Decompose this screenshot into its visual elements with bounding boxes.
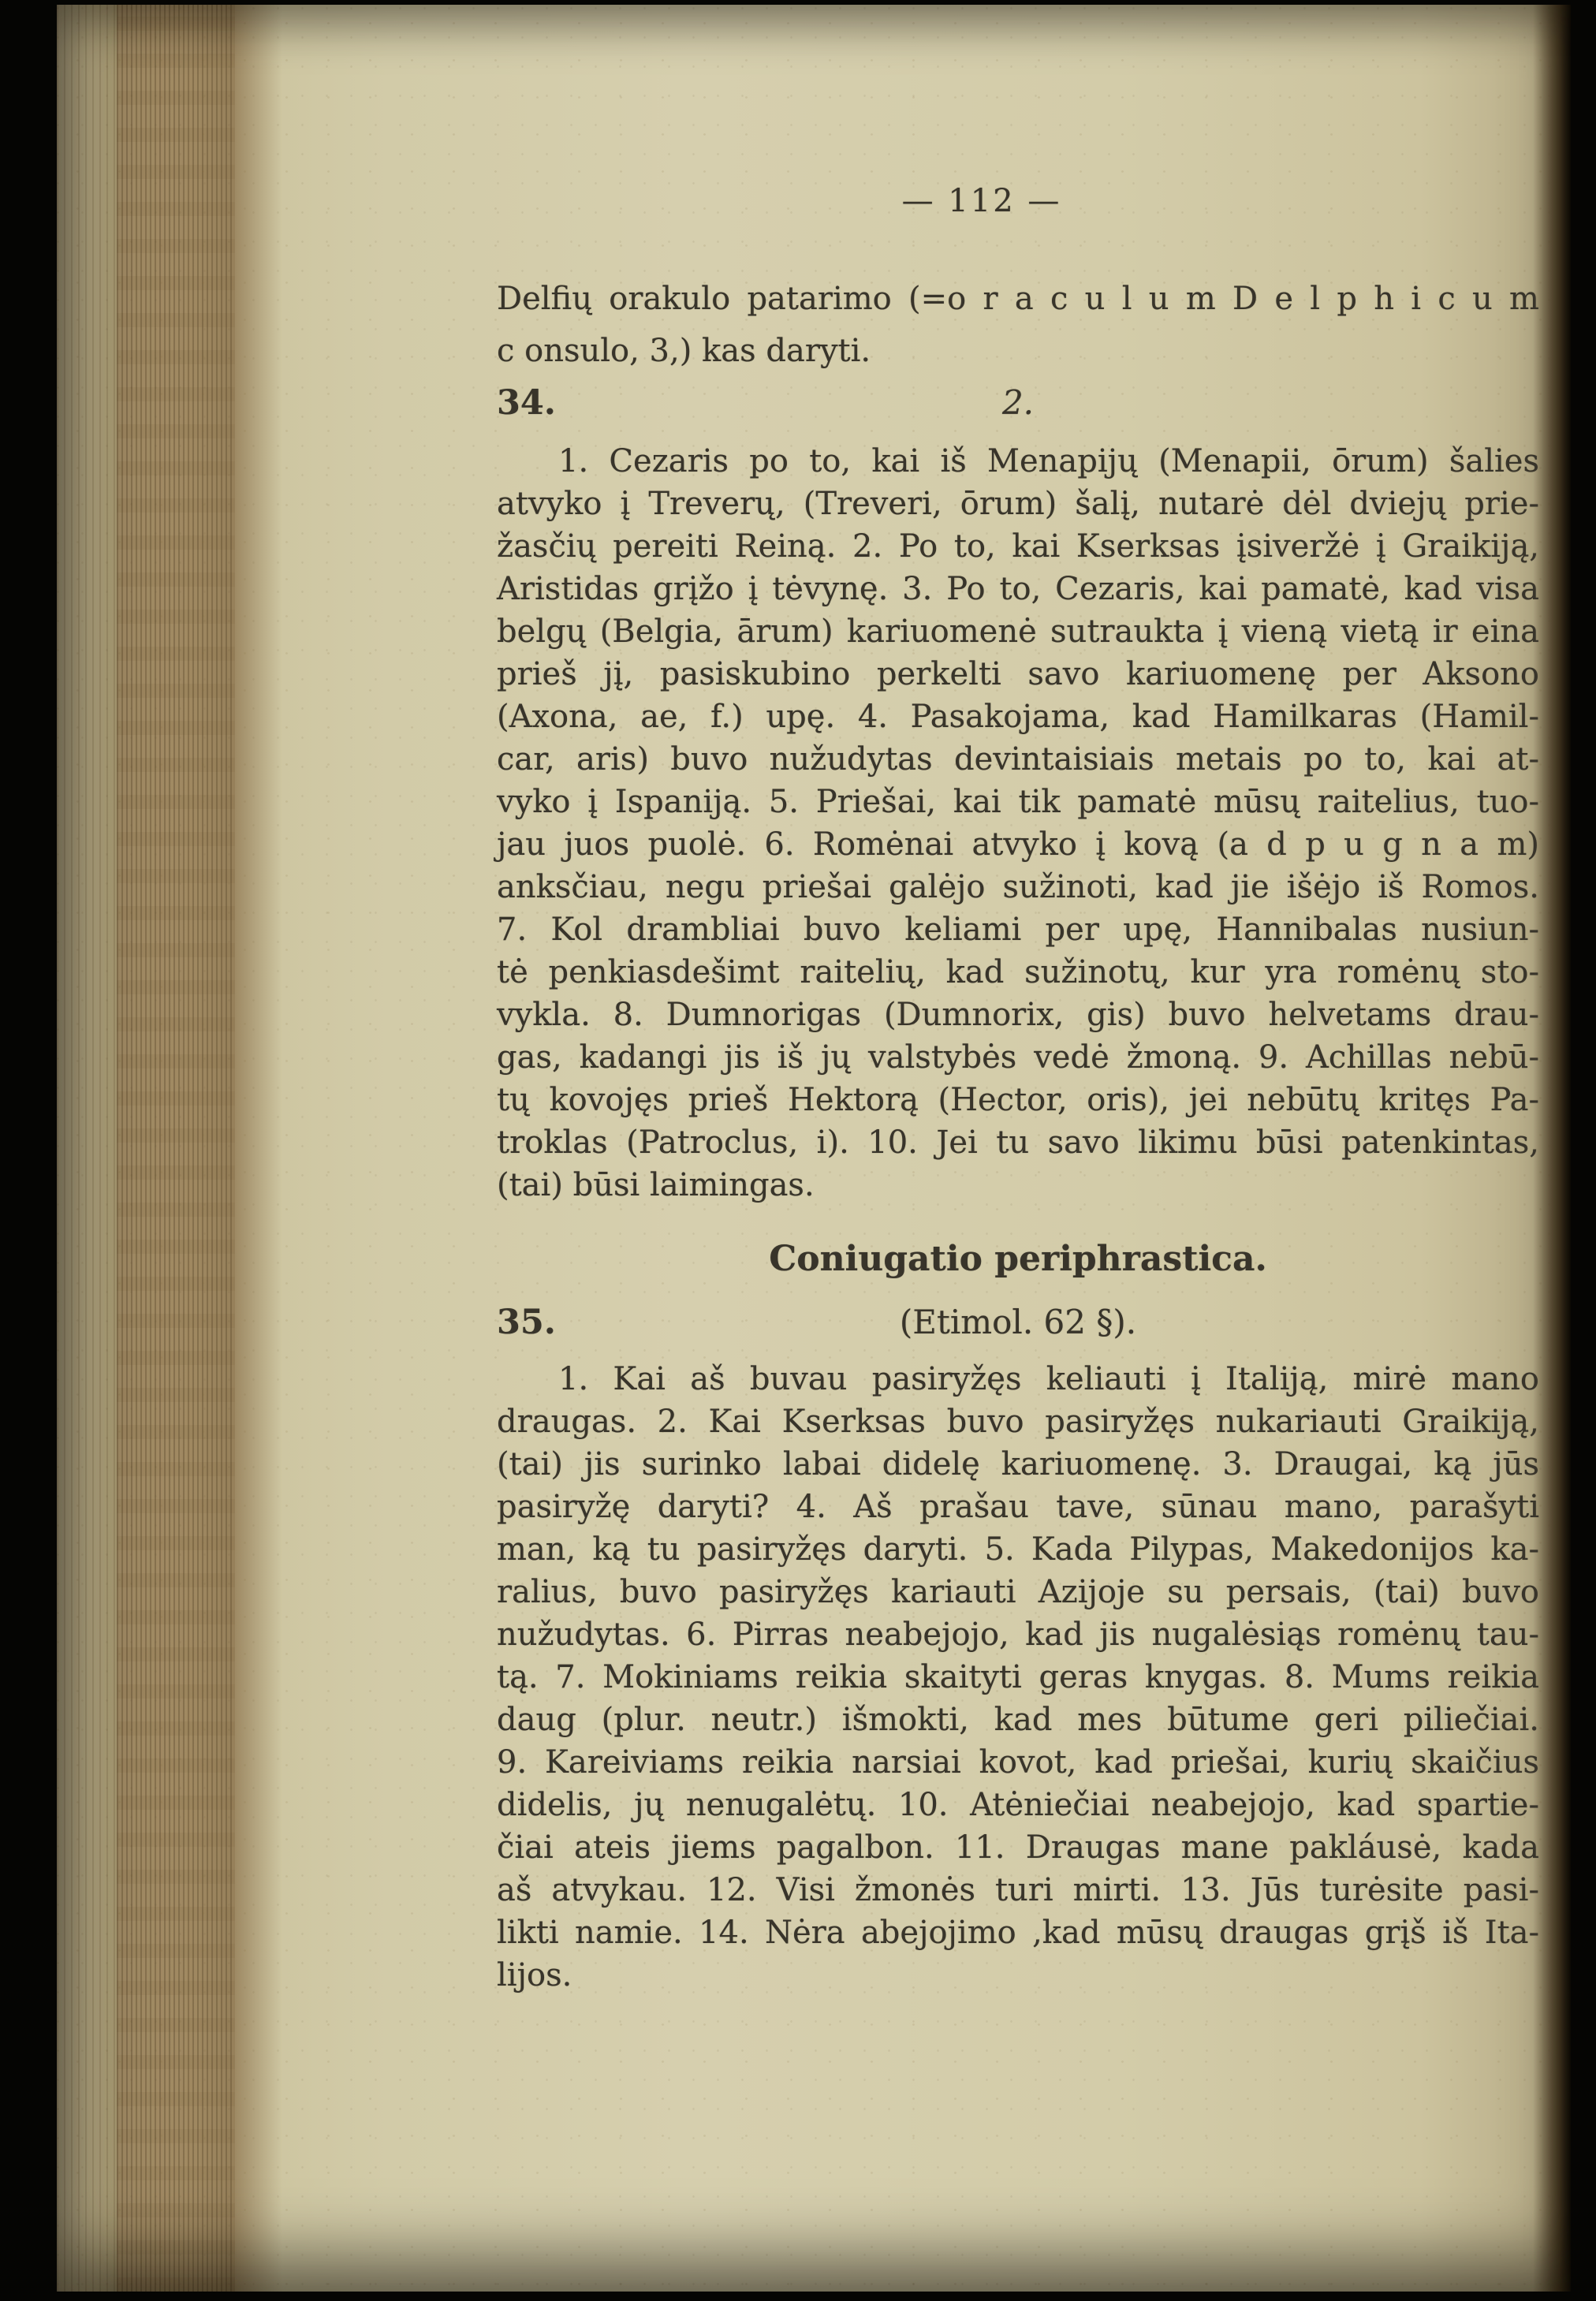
section-35-subtitle: (Etimol. 62 §). — [497, 1301, 1539, 1344]
text-line: Delfių orakulo patarimo (=o r a c u l u … — [497, 273, 1539, 325]
text-line: gas, kadangi jis iš jų valstybės vedė žm… — [497, 1036, 1539, 1079]
page-edge-light — [57, 5, 117, 2292]
text-line: aš atvykau. 12. Visi žmonės turi mirti. … — [497, 1869, 1539, 1911]
paragraph-34: 1. Cezaris po to, kai iš Menapijų (Menap… — [497, 440, 1539, 1206]
section-34-number: 34. — [497, 382, 556, 424]
text-line: (tai) būsi laimingas. — [497, 1164, 1539, 1206]
text-line: prieš jį, pasiskubino perkelti savo kari… — [497, 653, 1539, 696]
text-line: tų kovojęs prieš Hektorą (Hector, oris),… — [497, 1079, 1539, 1121]
text-line: vyko į Ispaniją. 5. Priešai, kai tik pam… — [497, 781, 1539, 823]
text-line: ralius, buvo pasiryžęs kariauti Azijoje … — [497, 1571, 1539, 1613]
text-line: jau juos puolė. 6. Romėnai atvyko į kovą… — [497, 823, 1539, 866]
text-line: tą. 7. Mokiniams reikia skaityti geras k… — [497, 1656, 1539, 1699]
text-line: lijos. — [497, 1954, 1539, 1997]
text-line: 9. Kareiviams reikia narsiai kovot, kad … — [497, 1741, 1539, 1784]
text-line: nužudytas. 6. Pirras neabejojo, kad jis … — [497, 1613, 1539, 1656]
text-line: c onsulo, 3,) kas daryti. — [497, 325, 1539, 377]
text-line: didelis, jų nenugalėtų. 10. Atėniečiai n… — [497, 1784, 1539, 1826]
text-line: daug (plur. neutr.) išmokti, kad mes būt… — [497, 1699, 1539, 1741]
text-line: 1. Cezaris po to, kai iš Menapijų (Menap… — [497, 440, 1539, 483]
section-34-subtitle: 2. — [497, 382, 1539, 424]
section-35-row: 35. (Etimol. 62 §). — [497, 1301, 1539, 1345]
text-line: likti namie. 14. Nėra abejojimo ,kad mūs… — [497, 1911, 1539, 1954]
text-line: belgų (Belgia, ārum) kariuomenė sutraukt… — [497, 610, 1539, 653]
text-line: Aristidas grįžo į tėvynę. 3. Po to, Ceza… — [497, 568, 1539, 610]
page-edge-stack — [117, 5, 235, 2292]
page-edge-blend — [235, 5, 282, 2292]
text-line: (Axona, ae, f.) upę. 4. Pasakojama, kad … — [497, 696, 1539, 738]
text-line: (tai) jis surinko labai didelę kariuomen… — [497, 1443, 1539, 1486]
text-line: tė penkiasdešimt raitelių, kad sužinotų,… — [497, 951, 1539, 994]
text-line: man, ką tu pasiryžęs daryti. 5. Kada Pil… — [497, 1528, 1539, 1571]
text-line: draugas. 2. Kai Kserksas buvo pasiryžęs … — [497, 1400, 1539, 1443]
text-line: car, aris) buvo nužudytas devintaisiais … — [497, 738, 1539, 781]
text-line: čiai ateis jiems pagalbon. 11. Draugas m… — [497, 1826, 1539, 1869]
text-line: žasčių pereiti Reiną. 2. Po to, kai Kser… — [497, 525, 1539, 568]
section-34-row: 34. 2. — [497, 382, 1539, 426]
paragraph-35: 1. Kai aš buvau pasiryžęs keliauti į Ita… — [497, 1358, 1539, 1997]
text-line: pasiryžę daryti? 4. Aš prašau tave, sūna… — [497, 1486, 1539, 1528]
section-35-number: 35. — [497, 1301, 556, 1344]
text-line: troklas (Patroclus, i). 10. Jei tu savo … — [497, 1121, 1539, 1164]
intro-paragraph: Delfių orakulo patarimo (=o r a c u l u … — [497, 273, 1539, 377]
scanned-book-photo: — 112 — Delfių orakulo patarimo (=o r a … — [0, 0, 1596, 2301]
text-line: 7. Kol drambliai buvo keliami per upę, H… — [497, 908, 1539, 951]
text-line: atvyko į Treverų, (Treveri, ōrum) šalį, … — [497, 483, 1539, 525]
page-number: — 112 — — [430, 183, 1534, 219]
text-line: 1. Kai aš buvau pasiryžęs keliauti į Ita… — [497, 1358, 1539, 1400]
text-line: anksčiau, negu priešai galėjo sužinoti, … — [497, 866, 1539, 908]
text-line: vykla. 8. Dumnorigas (Dumnorix, gis) buv… — [497, 994, 1539, 1036]
section-heading: Coniugatio periphrastica. — [497, 1238, 1539, 1281]
